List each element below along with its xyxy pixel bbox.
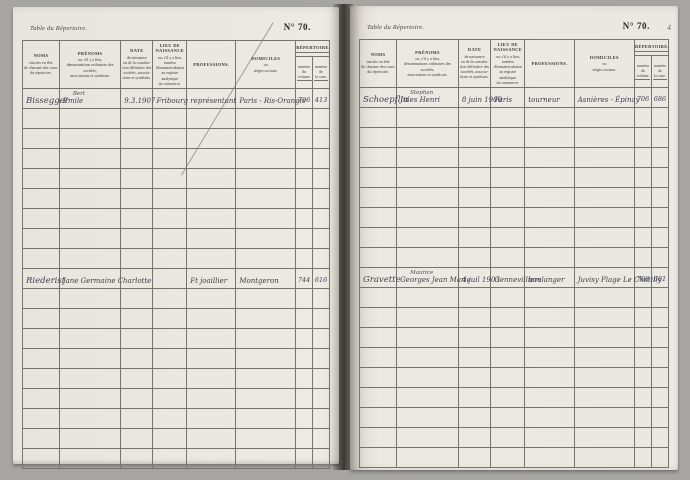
cell-rep_case: [651, 127, 668, 147]
page-number: N° 70.: [623, 21, 650, 31]
cell-prenoms: [397, 427, 459, 447]
handwritten-rep_volume: 708: [635, 276, 651, 287]
cell-lieu: [153, 308, 187, 328]
cell-prenoms: [397, 307, 459, 327]
column-subtitle: de naissanceou de la constitu-tion défin…: [460, 54, 489, 80]
table-row: [360, 107, 669, 127]
handwritten-lieu: Fribourg: [153, 98, 186, 108]
entry-row: RiederistJane Germaine CharlotteFt joail…: [23, 268, 330, 288]
cell-prenoms: [397, 287, 459, 307]
cell-prenoms: [59, 148, 120, 168]
cell-rep_case: 413: [313, 88, 330, 108]
cell-domicile: [236, 328, 296, 348]
cell-rep_volume: [296, 208, 313, 228]
entry-row: SchoepflinStephanJules Henri8 juin 1900P…: [360, 87, 669, 107]
table-row: [23, 148, 330, 168]
cell-lieu: [153, 408, 187, 428]
column-header-noms: NOMSinscrits en têtede chacune des cases…: [360, 40, 397, 88]
cell-noms: Riederist: [23, 268, 60, 288]
cell-profession: [187, 328, 236, 348]
cell-domicile: [574, 367, 634, 387]
cell-profession: [187, 428, 236, 448]
cell-profession: [187, 228, 236, 248]
cell-domicile: [574, 347, 634, 367]
cell-lieu: [153, 448, 187, 468]
cell-date: [121, 108, 153, 128]
cell-prenoms: [397, 227, 459, 247]
cell-rep_volume: [296, 288, 313, 308]
cell-rep_volume: [296, 348, 313, 368]
cell-lieu: [491, 427, 525, 447]
column-title: LIEU DE NAISSANCE: [492, 42, 523, 53]
cell-profession: [525, 107, 574, 127]
cell-profession: [187, 288, 236, 308]
cell-rep_volume: [634, 147, 651, 167]
cell-lieu: [491, 367, 525, 387]
cell-profession: Ft joaillier: [187, 268, 236, 288]
table-row: [360, 447, 669, 467]
handwritten-date: 4 juil 1903: [459, 277, 490, 287]
cell-profession: [525, 307, 574, 327]
cell-lieu: Gennevilliers: [491, 267, 525, 287]
cell-lieu: [153, 268, 187, 288]
cell-noms: [360, 167, 397, 187]
repertoire-table: NOMSinscrits en têtede chacune des cases…: [359, 39, 669, 468]
column-subtitle: inscrits en têtede chacune des casesdu r…: [24, 60, 58, 76]
cell-rep_volume: [296, 308, 313, 328]
cell-noms: [360, 327, 397, 347]
cell-date: [458, 247, 490, 267]
cell-domicile: [236, 108, 296, 128]
cell-date: [121, 308, 153, 328]
cell-lieu: [153, 228, 187, 248]
cell-domicile: [574, 167, 634, 187]
cell-profession: [525, 367, 574, 387]
handwritten-prenoms: Georges Jean Marie: [397, 277, 458, 287]
cell-date: [458, 407, 490, 427]
cell-noms: Bissegger: [23, 88, 60, 108]
cell-prenoms: [59, 228, 120, 248]
repertoire-subcolumn-label: numérodela case.: [652, 62, 668, 82]
cell-rep_volume: 706: [296, 88, 313, 108]
cell-profession: [525, 207, 574, 227]
handwritten-domicile: Asnières - Épinay: [575, 97, 634, 107]
cell-prenoms: [397, 127, 459, 147]
column-subtitle: ou, s'il y a lieu,numéro d'immatriculati…: [154, 55, 185, 86]
cell-date: [121, 188, 153, 208]
column-header-date: DATEde naissanceou de la constitu-tion d…: [458, 40, 490, 88]
cell-rep_volume: 706: [634, 87, 651, 107]
column-title: NOMS: [24, 53, 58, 58]
table-row: [360, 147, 669, 167]
cell-date: [458, 167, 490, 187]
cell-rep_case: [651, 447, 668, 467]
handwritten-prenoms: Jules Henri: [397, 97, 458, 107]
cell-rep_volume: [634, 287, 651, 307]
cell-domicile: [574, 247, 634, 267]
cell-rep_case: 616: [313, 268, 330, 288]
cell-noms: [23, 128, 60, 148]
cell-date: [121, 388, 153, 408]
cell-profession: [525, 387, 574, 407]
cell-date: [121, 428, 153, 448]
cell-domicile: [574, 307, 634, 327]
cell-domicile: [236, 208, 296, 228]
cell-rep_case: [651, 247, 668, 267]
cell-lieu: [491, 327, 525, 347]
cell-date: [121, 368, 153, 388]
cell-domicile: [574, 107, 634, 127]
cell-rep_case: [651, 407, 668, 427]
table-row: [23, 288, 330, 308]
cell-prenoms: [59, 188, 120, 208]
table-row: [360, 167, 669, 187]
table-row: [23, 368, 330, 388]
handwritten-profession: tourneur: [525, 97, 573, 107]
cell-noms: [23, 288, 60, 308]
cell-rep_case: [313, 448, 330, 468]
cell-domicile: [236, 448, 296, 468]
table-row: [23, 168, 330, 188]
handwritten-noms: Riederist: [23, 277, 59, 288]
cell-noms: [360, 187, 397, 207]
column-header-domicile: DOMICILESousièges sociaux.: [236, 41, 296, 89]
cell-date: 8 juin 1900: [458, 87, 490, 107]
cell-profession: [525, 187, 574, 207]
column-header-repertoire: RÉPERTOIRE.: [296, 41, 330, 57]
handwritten-profession: représentant: [187, 98, 235, 108]
cell-profession: [187, 248, 236, 268]
cell-rep_case: [313, 128, 330, 148]
cell-noms: [360, 107, 397, 127]
column-header-date: DATEde naissanceou de la constitu-tion d…: [121, 41, 153, 89]
cell-rep_volume: [634, 447, 651, 467]
cell-rep_case: [651, 327, 668, 347]
table-row: [360, 187, 669, 207]
cell-rep_volume: [296, 428, 313, 448]
handwritten-rep_case: 686: [652, 96, 668, 107]
cell-noms: [360, 347, 397, 367]
cell-rep_volume: [296, 448, 313, 468]
cell-noms: [360, 307, 397, 327]
cell-rep_case: [313, 108, 330, 128]
handwritten-profession: boulanger: [525, 277, 573, 287]
cell-lieu: [491, 407, 525, 427]
column-header-rep_case: numérodela case.: [313, 56, 330, 88]
table-row: [23, 428, 330, 448]
handwritten-profession: Ft joaillier: [187, 278, 235, 288]
cell-rep_volume: [634, 247, 651, 267]
cell-lieu: [153, 188, 187, 208]
column-subtitle: inscrits en têtede chacune des casesdu r…: [361, 59, 395, 75]
cell-date: [458, 447, 490, 467]
cell-rep_volume: [634, 427, 651, 447]
cell-domicile: [236, 428, 296, 448]
cell-date: [121, 288, 153, 308]
cell-rep_volume: 708: [634, 267, 651, 287]
cell-profession: représentant: [187, 88, 236, 108]
cell-profession: [187, 348, 236, 368]
entry-row: GravetteMauriceGeorges Jean Marie4 juil …: [360, 267, 669, 287]
cell-prenoms: [397, 247, 459, 267]
cell-noms: [23, 348, 60, 368]
cell-rep_case: [313, 148, 330, 168]
cell-noms: [360, 207, 397, 227]
cell-rep_case: [313, 188, 330, 208]
cell-prenoms: Jane Germaine Charlotte: [59, 268, 120, 288]
cell-lieu: [153, 248, 187, 268]
cell-rep_volume: [296, 128, 313, 148]
cell-domicile: [236, 388, 296, 408]
column-header-rep_volume: numéroduvolume.: [634, 55, 651, 87]
register-table-right: NOMSinscrits en têtede chacune des cases…: [359, 39, 669, 468]
cell-profession: [525, 407, 574, 427]
cell-prenoms: [59, 308, 120, 328]
cell-rep_case: [313, 288, 330, 308]
cell-lieu: [153, 428, 187, 448]
cell-rep_volume: [296, 388, 313, 408]
cell-prenoms: [397, 387, 459, 407]
column-header-prenoms: PRÉNOMSou, s'il y a lieu,dénominations o…: [59, 41, 120, 89]
cell-domicile: [574, 187, 634, 207]
page-title: Table du Répertoire.: [30, 25, 87, 32]
handwritten-rep_volume: 744: [296, 277, 312, 288]
column-title: PROFESSIONS.: [188, 62, 234, 67]
handwritten-prenoms: Emile: [60, 98, 120, 108]
cell-domicile: [574, 327, 634, 347]
cell-domicile: [236, 248, 296, 268]
cell-domicile: Paris - Ris-Orangis: [236, 88, 296, 108]
cell-date: [458, 107, 490, 127]
cell-profession: [187, 168, 236, 188]
cell-profession: [187, 308, 236, 328]
table-row: [360, 287, 669, 307]
cell-prenoms: [397, 107, 459, 127]
cell-noms: [360, 147, 397, 167]
cell-lieu: [153, 368, 187, 388]
cell-noms: [23, 448, 60, 468]
cell-lieu: [491, 147, 525, 167]
cell-date: [121, 248, 153, 268]
column-title: DATE: [122, 48, 151, 53]
cell-date: [121, 168, 153, 188]
cell-rep_volume: [296, 368, 313, 388]
cell-prenoms: [397, 327, 459, 347]
column-header-lieu: LIEU DE NAISSANCEou, s'il y a lieu,numér…: [153, 41, 187, 89]
cell-rep_case: [651, 107, 668, 127]
cell-rep_case: [651, 367, 668, 387]
cell-date: [458, 427, 490, 447]
cell-noms: [360, 247, 397, 267]
repertoire-group-title: RÉPERTOIRE.: [296, 44, 329, 53]
cell-lieu: [491, 287, 525, 307]
cell-profession: [525, 427, 574, 447]
handwritten-noms: Gravette: [360, 276, 396, 287]
cell-prenoms: [59, 128, 120, 148]
cell-rep_volume: 744: [296, 268, 313, 288]
cell-rep_volume: [634, 227, 651, 247]
repertoire-group-title: RÉPERTOIRE.: [635, 43, 668, 52]
cell-noms: Schoepflin: [360, 87, 397, 107]
table-row: [360, 427, 669, 447]
cell-date: 9.3.1907: [121, 88, 153, 108]
cell-profession: boulanger: [525, 267, 574, 287]
cell-rep_case: [313, 368, 330, 388]
cell-lieu: [153, 328, 187, 348]
cell-date: [458, 387, 490, 407]
cell-date: [458, 327, 490, 347]
cell-profession: [525, 287, 574, 307]
handwritten-noms: Bissegger: [23, 97, 59, 108]
cell-noms: [360, 127, 397, 147]
cell-rep_volume: [634, 367, 651, 387]
cell-noms: [360, 227, 397, 247]
cell-domicile: [574, 447, 634, 467]
cell-lieu: [491, 247, 525, 267]
handwritten-lieu: Gennevilliers: [491, 277, 524, 287]
left-page: Table du Répertoire. N° 70. NOMSinscrits…: [13, 7, 339, 464]
cell-domicile: [574, 227, 634, 247]
cell-prenoms: [59, 288, 120, 308]
cell-lieu: [491, 167, 525, 187]
cell-rep_case: [651, 207, 668, 227]
cell-rep_case: [651, 187, 668, 207]
column-header-rep_volume: numéroduvolume.: [296, 56, 313, 88]
cell-domicile: [236, 188, 296, 208]
table-row: [360, 347, 669, 367]
cell-profession: [525, 247, 574, 267]
cell-lieu: [491, 127, 525, 147]
cell-noms: [360, 447, 397, 467]
cell-domicile: [236, 368, 296, 388]
table-row: [23, 248, 330, 268]
cell-profession: [525, 147, 574, 167]
column-header-domicile: DOMICILESousièges sociaux.: [574, 40, 634, 88]
cell-prenoms: [397, 207, 459, 227]
cell-noms: [23, 188, 60, 208]
handwritten-rep_volume: 706: [635, 96, 651, 107]
table-row: [23, 328, 330, 348]
table-row: [360, 307, 669, 327]
column-subtitle: ousièges sociaux.: [237, 62, 294, 72]
cell-date: [458, 227, 490, 247]
cell-domicile: Montgeron: [236, 268, 296, 288]
cell-rep_volume: [634, 207, 651, 227]
column-header-noms: NOMSinscrits en têtede chacune des cases…: [23, 41, 60, 89]
column-header-profession: PROFESSIONS.: [525, 40, 574, 88]
page-header-row: Table du Répertoire. N° 70.: [367, 21, 650, 31]
cell-rep_volume: [296, 148, 313, 168]
cell-domicile: [574, 127, 634, 147]
cell-domicile: [574, 387, 634, 407]
handwritten-domicile: Paris - Ris-Orangis: [236, 98, 295, 108]
cell-rep_case: [313, 348, 330, 368]
cell-lieu: Fribourg: [153, 88, 187, 108]
column-title: NOMS: [361, 52, 395, 57]
column-header-prenoms: PRÉNOMSou, s'il y a lieu,dénominations o…: [397, 40, 459, 88]
cell-domicile: [236, 168, 296, 188]
cell-profession: [187, 188, 236, 208]
cell-domicile: [574, 407, 634, 427]
cell-lieu: [153, 108, 187, 128]
table-row: [360, 247, 669, 267]
table-row: [23, 128, 330, 148]
cell-rep_case: [313, 168, 330, 188]
cell-prenoms: [59, 208, 120, 228]
cell-rep_volume: [634, 307, 651, 327]
cell-profession: [187, 368, 236, 388]
cell-rep_volume: [296, 168, 313, 188]
cell-rep_volume: [634, 387, 651, 407]
column-header-rep_case: numérodela case.: [651, 55, 668, 87]
column-title: DOMICILES: [576, 55, 633, 60]
cell-rep_case: [313, 408, 330, 428]
cell-lieu: [491, 387, 525, 407]
cell-date: [458, 287, 490, 307]
cell-lieu: [153, 288, 187, 308]
column-subtitle: ou, s'il y a lieu,dénominations ordinair…: [398, 56, 457, 77]
handwritten-domicile: Montgeron: [236, 278, 295, 288]
column-title: DATE: [460, 47, 489, 52]
cell-rep_volume: [634, 187, 651, 207]
cell-prenoms: [397, 347, 459, 367]
cell-date: [121, 148, 153, 168]
cell-noms: [360, 407, 397, 427]
cell-lieu: [491, 187, 525, 207]
cell-domicile: [574, 207, 634, 227]
cell-domicile: [236, 308, 296, 328]
table-row: [360, 387, 669, 407]
cell-domicile: [574, 147, 634, 167]
cell-profession: [525, 347, 574, 367]
cell-date: [458, 127, 490, 147]
column-title: DOMICILES: [237, 56, 294, 61]
cell-lieu: [491, 447, 525, 467]
cell-rep_case: [313, 228, 330, 248]
cell-rep_case: [313, 248, 330, 268]
repertoire-subcolumn-label: numéroduvolume.: [296, 63, 312, 83]
cell-rep_case: [651, 307, 668, 327]
cell-rep_volume: [634, 107, 651, 127]
cell-prenoms: [397, 407, 459, 427]
cell-domicile: [236, 228, 296, 248]
cell-prenoms: [397, 167, 459, 187]
cell-rep_case: [651, 387, 668, 407]
cell-prenoms: [397, 447, 459, 467]
cell-profession: [187, 108, 236, 128]
table-row: [23, 308, 330, 328]
cell-profession: [187, 208, 236, 228]
cell-noms: [23, 428, 60, 448]
cell-rep_case: [313, 328, 330, 348]
cell-domicile: [574, 427, 634, 447]
cell-rep_volume: [634, 347, 651, 367]
cell-rep_case: [313, 388, 330, 408]
cell-noms: [23, 228, 60, 248]
table-row: [23, 108, 330, 128]
cell-prenoms: [397, 147, 459, 167]
handwritten-noms: Schoepflin: [360, 96, 396, 107]
table-row: [23, 348, 330, 368]
table-row: [23, 408, 330, 428]
cell-rep_case: 686: [651, 87, 668, 107]
cell-domicile: [574, 287, 634, 307]
table-row: [360, 367, 669, 387]
cell-prenoms: [59, 328, 120, 348]
cell-prenoms: [59, 168, 120, 188]
cell-lieu: [153, 168, 187, 188]
corner-mark: 4: [667, 23, 671, 32]
